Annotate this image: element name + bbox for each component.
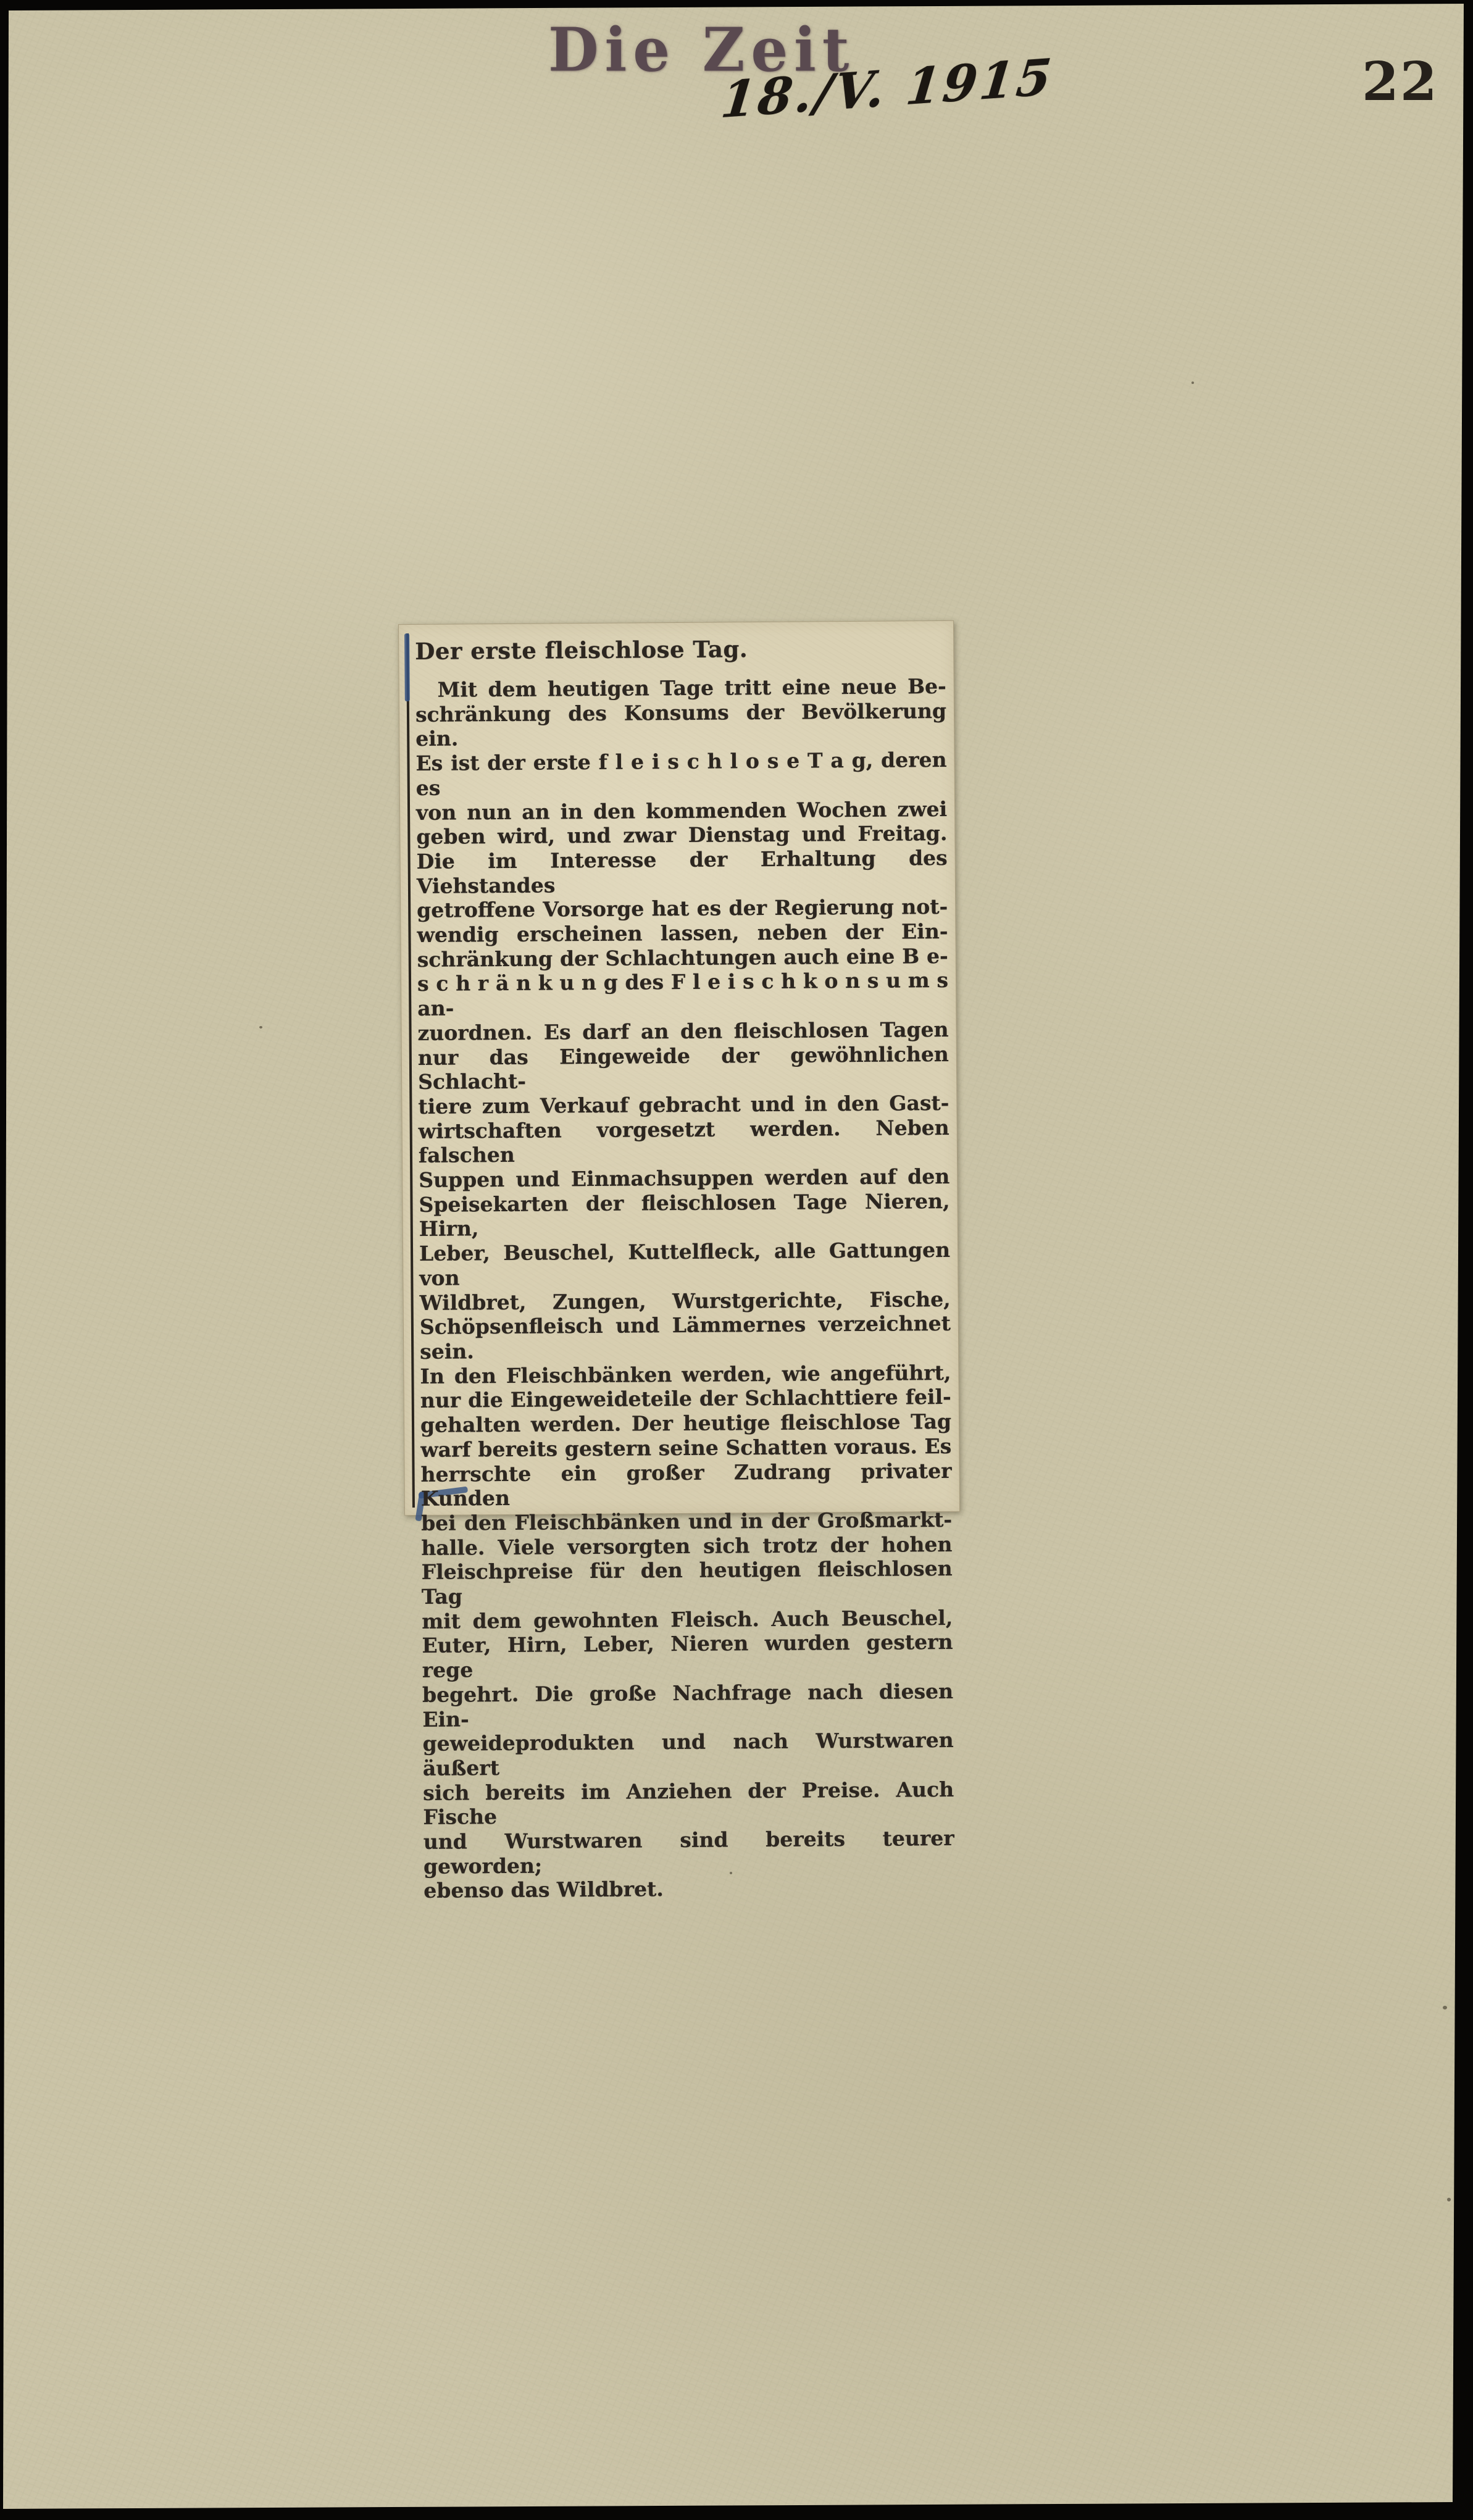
- article-line: schränkung der Schlachtungen auch eine B…: [417, 944, 948, 972]
- article-line: und Wurstwaren sind bereits teurer gewor…: [424, 1826, 955, 1879]
- paper-speck: [1447, 2198, 1451, 2201]
- newspaper-clipping: Der erste fleischlose Tag. Mit dem heuti…: [398, 620, 960, 1516]
- article-line: herrschte ein großer Zudrang privater Ku…: [420, 1458, 952, 1511]
- article-line: halle. Viele versorgten sich trotz der h…: [421, 1532, 952, 1561]
- article-line: wendig erscheinen lassen, neben der Ein-: [417, 919, 948, 948]
- article-line: geben wird, und zwar Dienstag und Freita…: [416, 821, 947, 849]
- article-line: sich bereits im Anziehen der Preise. Auc…: [423, 1777, 954, 1830]
- article-line: nur die Eingeweideteile der Schlachttier…: [420, 1385, 951, 1413]
- article-line: Speisekarten der fleischlosen Tage Niere…: [419, 1189, 950, 1241]
- article-line: s c h r ä n k u n g des F l e i s c h k …: [417, 968, 949, 1020]
- article-line: Leber, Beuschel, Kuttelfleck, alle Gattu…: [419, 1238, 951, 1290]
- article-line: mit dem gewohnten Fleisch. Auch Beuschel…: [422, 1606, 953, 1634]
- blue-pencil-mark-top: [404, 633, 410, 701]
- article-line: zuordnen. Es darf an den fleischlosen Ta…: [417, 1017, 948, 1046]
- article-line: Suppen und Einmachsuppen werden auf den: [419, 1164, 949, 1193]
- article-line: In den Fleischbänken werden, wie angefüh…: [420, 1361, 951, 1389]
- article-line: Euter, Hirn, Leber, Nieren wurden gester…: [422, 1630, 953, 1682]
- article-line: tiere zum Verkauf gebracht und in den Ga…: [418, 1091, 949, 1119]
- article-line: getroffene Vorsorge hat es der Regierung…: [417, 895, 948, 923]
- article-line: schränkung des Konsums der Bevölkerung e…: [415, 699, 947, 751]
- article-line: Fleischpreise für den heutigen fleischlo…: [422, 1556, 953, 1609]
- column-rule: [406, 633, 415, 1508]
- article-line: von nun an in den kommenden Wochen zwei: [416, 796, 947, 825]
- paper-speck: [1191, 382, 1194, 384]
- article-line: bei den Fleischbänken und in der Großmar…: [421, 1508, 952, 1536]
- article-line: Es ist der erste f l e i s c h l o s e T…: [415, 748, 947, 800]
- article-line: geweideprodukten und nach Wurstwaren äuß…: [422, 1728, 954, 1780]
- article-line: Die im Interesse der Erhaltung des Viehs…: [417, 846, 948, 898]
- article-line: Mit dem heutigen Tage tritt eine neue Be…: [415, 674, 946, 703]
- article-line: Wildbret, Zungen, Wurstgerichte, Fische,: [420, 1287, 951, 1316]
- paper-speck: [259, 1026, 262, 1028]
- article-line: nur das Eingeweide der gewöhnlichen Schl…: [418, 1041, 949, 1094]
- album-page: Die Zeit 18./V. 1915 22 Der erste fleisc…: [0, 0, 1473, 2520]
- article-line: wirtschaften vorgesetzt werden. Neben fa…: [419, 1116, 950, 1168]
- page-number: 22: [1362, 51, 1438, 113]
- article-line: ebenso das Wildbret.: [424, 1875, 954, 1903]
- paper-speck: [1443, 2006, 1447, 2009]
- article-line: Schöpsenfleisch und Lämmernes verzeichne…: [420, 1311, 951, 1364]
- article-line: gehalten werden. Der heutige fleischlose…: [420, 1409, 951, 1438]
- article-headline: Der erste fleischlose Tag.: [415, 633, 946, 665]
- article-line: begehrt. Die große Nachfrage nach diesen…: [422, 1679, 954, 1732]
- article: Der erste fleischlose Tag. Mit dem heuti…: [415, 633, 954, 1903]
- article-line: warf bereits gestern seine Schatten vora…: [420, 1434, 951, 1462]
